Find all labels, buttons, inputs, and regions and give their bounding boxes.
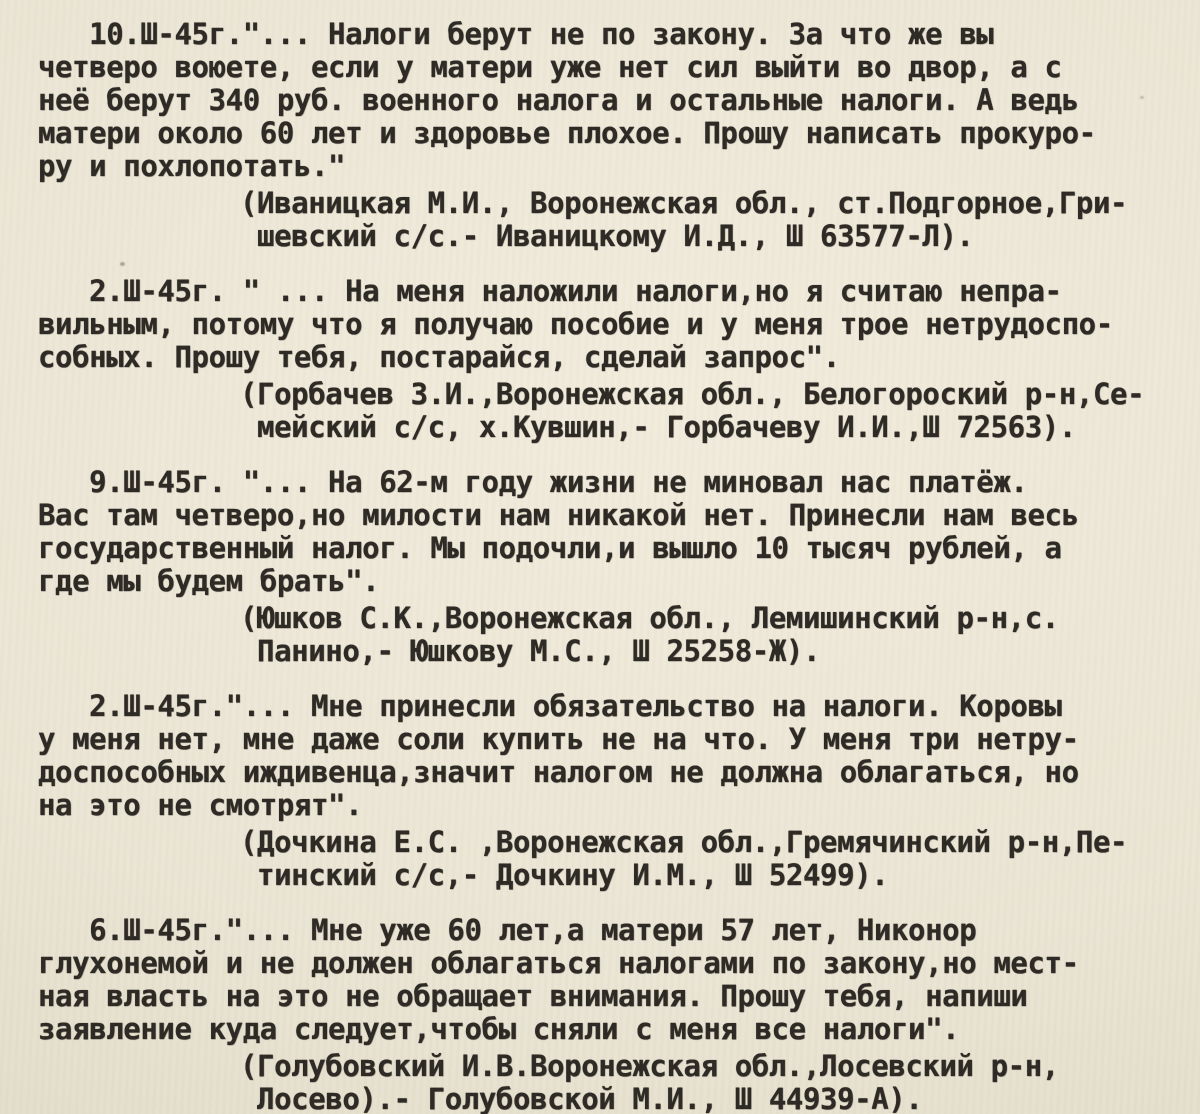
attribution: (Юшков С.К.,Воронежская обл., Лемишински… [240,602,1200,668]
attribution: (Дочкина Е.С. ,Воронежская обл.,Гремячин… [240,826,1200,892]
quote-paragraph: 9.Ш-45г. "... На 62-м году жизни не мино… [38,466,1200,598]
attribution: (Горбачев З.И.,Воронежская обл., Белогор… [240,378,1200,444]
scanned-document-page: 10.Ш-45г."... Налоги берут не по закону.… [0,0,1200,1114]
quote-paragraph: 2.Ш-45г. " ... На меня наложили налоги,н… [38,275,1200,374]
quote-paragraph: 2.Ш-45г."... Мне принесли обязательство … [38,690,1200,822]
quote-paragraph: 10.Ш-45г."... Налоги берут не по закону.… [38,18,1200,183]
letter-entry-4: 2.Ш-45г."... Мне принесли обязательство … [38,690,1200,892]
letter-entry-2: 2.Ш-45г. " ... На меня наложили налоги,н… [38,275,1200,444]
attribution: (Голубовский И.В.Воронежская обл.,Лосевс… [240,1050,1200,1114]
paper-speck [1140,96,1144,99]
letter-entry-3: 9.Ш-45г. "... На 62-м году жизни не мино… [38,466,1200,668]
quote-paragraph: 6.Ш-45г."... Мне уже 60 лет,а матери 57 … [38,914,1200,1046]
paper-speck [848,548,854,553]
letter-entry-5: 6.Ш-45г."... Мне уже 60 лет,а матери 57 … [38,914,1200,1114]
attribution: (Иваницкая М.И., Воронежская обл., ст.По… [240,187,1200,253]
paper-speck [120,262,125,266]
letter-entry-1: 10.Ш-45г."... Налоги берут не по закону.… [38,18,1200,253]
